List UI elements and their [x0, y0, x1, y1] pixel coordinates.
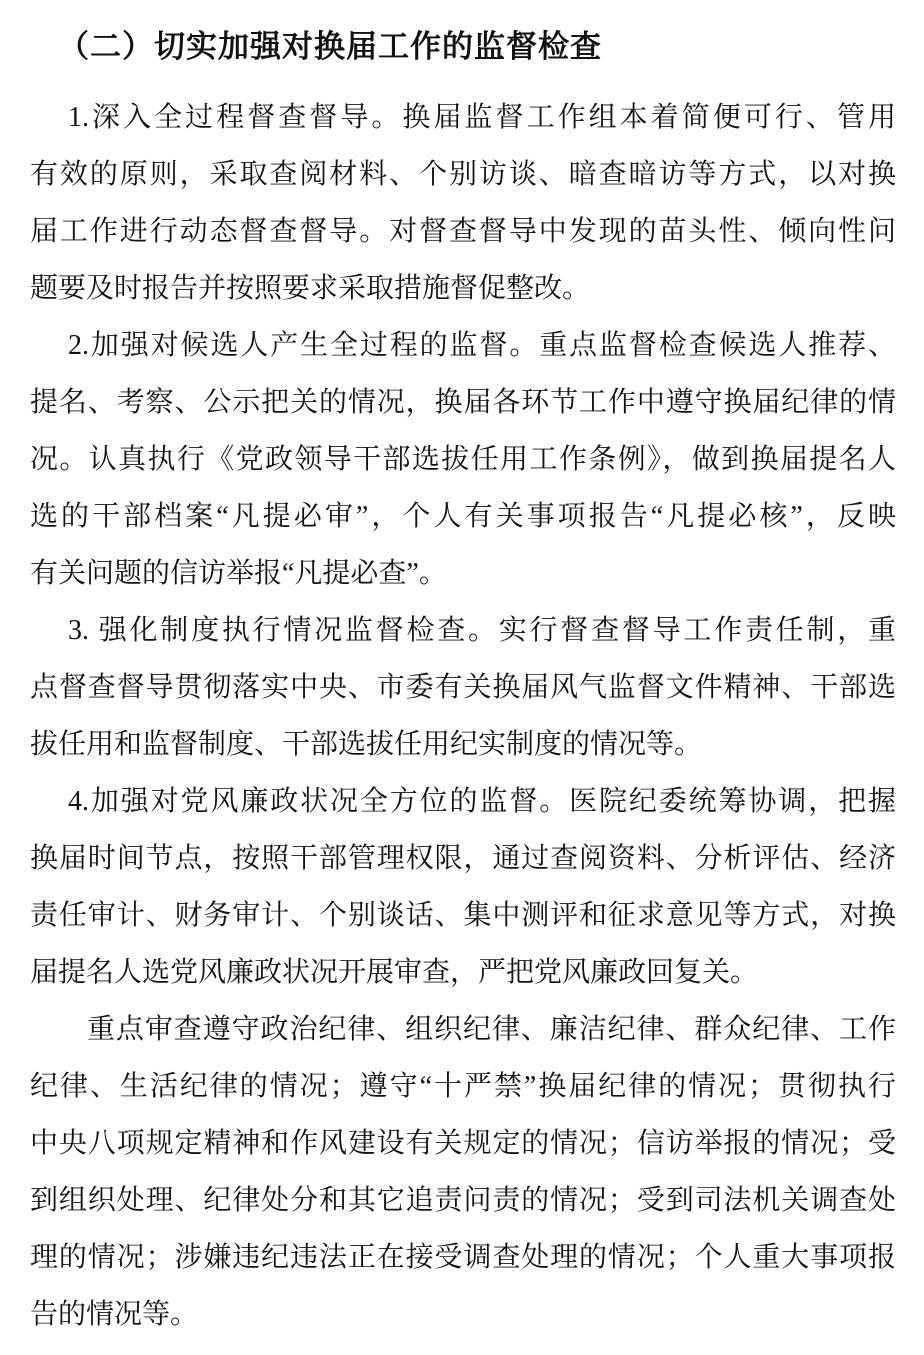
- text-line: 换届时间节点，按照干部管理权限，通过查阅资料、分析评估、经济: [30, 830, 896, 887]
- text-line: 拔任用和监督制度、干部选拔任用纪实制度的情况等。: [30, 716, 896, 773]
- text-line: 届提名人选党风廉政状况开展审查，严把党风廉政回复关。: [30, 944, 896, 1001]
- paragraph-3: 3. 强化制度执行情况监督检查。实行督查督导工作责任制，重 点督查督导贯彻落实中…: [30, 602, 896, 773]
- text-line: 责任审计、财务审计、个别谈话、集中测评和征求意见等方式，对换: [30, 887, 896, 944]
- text-line: 1.深入全过程督查督导。换届监督工作组本着简便可行、管用: [30, 89, 896, 146]
- text-line: 中央八项规定精神和作风建设有关规定的情况；信访举报的情况；受: [30, 1115, 896, 1172]
- document-page: （二）切实加强对换届工作的监督检查 1.深入全过程督查督导。换届监督工作组本着简…: [0, 0, 924, 1355]
- paragraph-4: 4.加强对党风廉政状况全方位的监督。医院纪委统筹协调，把握 换届时间节点，按照干…: [30, 773, 896, 1001]
- text-line: 2.加强对候选人产生全过程的监督。重点监督检查候选人推荐、: [30, 317, 896, 374]
- section-heading: （二）切实加强对换届工作的监督检查: [58, 18, 896, 75]
- text-line: 有关问题的信访举报“凡提必查”。: [30, 545, 896, 602]
- text-line: 选的干部档案“凡提必审”，个人有关事项报告“凡提必核”，反映: [30, 488, 896, 545]
- paragraph-1: 1.深入全过程督查督导。换届监督工作组本着简便可行、管用 有效的原则，采取查阅材…: [30, 89, 896, 317]
- text-line: 3. 强化制度执行情况监督检查。实行督查督导工作责任制，重: [30, 602, 896, 659]
- paragraph-5: 重点审查遵守政治纪律、组织纪律、廉洁纪律、群众纪律、工作 纪律、生活纪律的情况；…: [30, 1001, 896, 1343]
- text-line: 有效的原则，采取查阅材料、个别访谈、暗查暗访等方式，以对换: [30, 146, 896, 203]
- text-line: 点督查督导贯彻落实中央、市委有关换届风气监督文件精神、干部选: [30, 659, 896, 716]
- text-line: 提名、考察、公示把关的情况，换届各环节工作中遵守换届纪律的情: [30, 374, 896, 431]
- text-line: 况。认真执行《党政领导干部选拔任用工作条例》，做到换届提名人: [30, 431, 896, 488]
- text-line: 题要及时报告并按照要求采取措施督促整改。: [30, 260, 896, 317]
- text-line: 到组织处理、纪律处分和其它追责问责的情况；受到司法机关调查处: [30, 1172, 896, 1229]
- text-line: 重点审查遵守政治纪律、组织纪律、廉洁纪律、群众纪律、工作: [30, 1001, 896, 1058]
- text-line: 告的情况等。: [30, 1286, 896, 1343]
- text-line: 届工作进行动态督查督导。对督查督导中发现的苗头性、倾向性问: [30, 203, 896, 260]
- text-line: 4.加强对党风廉政状况全方位的监督。医院纪委统筹协调，把握: [30, 773, 896, 830]
- text-line: 理的情况；涉嫌违纪违法正在接受调查处理的情况；个人重大事项报: [30, 1229, 896, 1286]
- paragraph-2: 2.加强对候选人产生全过程的监督。重点监督检查候选人推荐、 提名、考察、公示把关…: [30, 317, 896, 602]
- text-line: 纪律、生活纪律的情况；遵守“十严禁”换届纪律的情况；贯彻执行: [30, 1058, 896, 1115]
